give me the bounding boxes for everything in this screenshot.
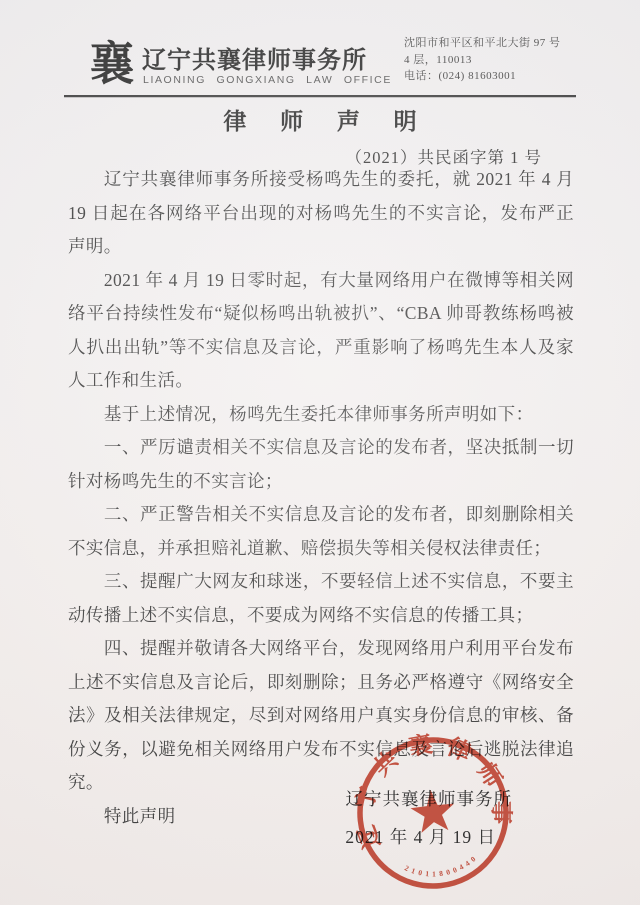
statement-item-1: 一、严厉谴责相关不实信息及言论的发布者，坚决抵制一切针对杨鸣先生的不实言论； (68, 431, 574, 498)
law-office-logo: 襄 (86, 37, 138, 94)
firm-name-chinese: 辽宁共襄律师事务所 (142, 40, 367, 75)
statement-paragraph: 2021 年 4 月 19 日零时起，有大量网络用户在微博等相关网络平台持续性发… (68, 264, 574, 398)
firm-name-english: LIAONING GONGXIANG LAW OFFICE (143, 74, 392, 86)
office-address-line1: 沈阳市和平区和平北大街 97 号 (404, 35, 584, 52)
statement-item-3: 三、提醒广大网友和球迷，不要轻信上述不实信息，不要主动传播上述不实信息，不要成为… (68, 565, 574, 632)
statement-paragraph: 辽宁共襄律师事务所接受杨鸣先生的委托，就 2021 年 4 月 19 日起在各网… (68, 163, 574, 264)
svg-text:辽宁共襄律师事务所: 辽宁共襄律师事务所 (344, 723, 517, 853)
header-divider (64, 95, 576, 97)
seal-arc-text: 辽宁共襄律师事务所 (344, 723, 517, 853)
document-page: 襄 辽宁共襄律师事务所 LIAONING GONGXIANG LAW OFFIC… (0, 0, 640, 905)
office-address-line2: 4 层，110013 (404, 52, 584, 69)
document-title: 律 师 声 明 (0, 103, 640, 136)
statement-paragraph: 基于上述情况，杨鸣先生委托本律师事务所声明如下： (68, 398, 574, 432)
office-address-block: 沈阳市和平区和平北大街 97 号 4 层，110013 电话：(024) 816… (404, 35, 584, 85)
statement-item-2: 二、严正警告相关不实信息及言论的发布者，即刻删除相关不实信息，并承担赔礼道歉、赔… (68, 498, 574, 565)
seal-star-icon (409, 788, 457, 834)
office-phone-line: 电话：(024) 81603001 (404, 68, 584, 85)
official-seal: 辽宁共襄律师事务所 2101180044067 (343, 723, 523, 903)
